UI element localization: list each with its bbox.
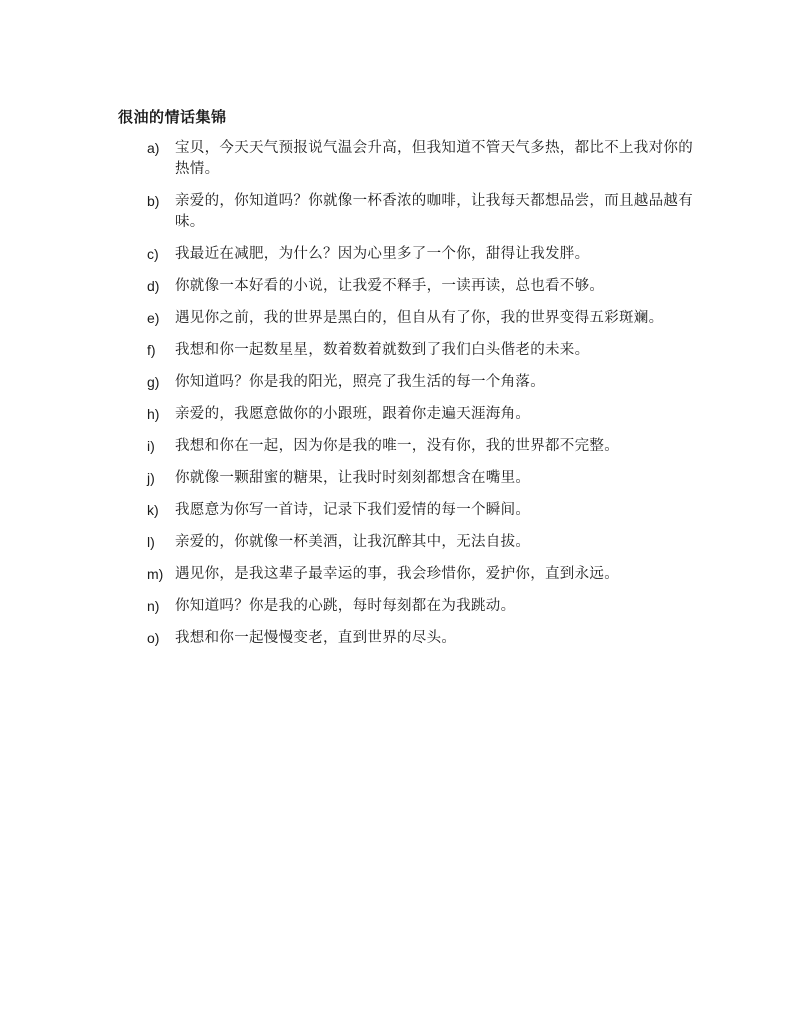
list-item-text: 你知道吗？你是我的心跳，每时每刻都在为我跳动。 — [175, 596, 707, 617]
list-item-text: 我愿意为你写一首诗，记录下我们爱情的每一个瞬间。 — [175, 500, 707, 521]
document-page: 很油的情话集锦 a)宝贝，今天天气预报说气温会升高，但我知道不管天气多热，都比不… — [0, 0, 800, 1035]
list-item-text: 你知道吗？你是我的阳光，照亮了我生活的每一个角落。 — [175, 372, 707, 393]
list-item: k)我愿意为你写一首诗，记录下我们爱情的每一个瞬间。 — [147, 500, 707, 521]
list-marker: c) — [147, 244, 175, 265]
list-marker: e) — [147, 308, 175, 329]
list-item: j)你就像一颗甜蜜的糖果，让我时时刻刻都想含在嘴里。 — [147, 468, 707, 489]
list-marker: k) — [147, 500, 175, 521]
list-item: f)我想和你一起数星星，数着数着就数到了我们白头偕老的未来。 — [147, 340, 707, 361]
list-item: l)亲爱的，你就像一杯美酒，让我沉醉其中，无法自拔。 — [147, 532, 707, 553]
list-item-text: 我想和你一起数星星，数着数着就数到了我们白头偕老的未来。 — [175, 340, 707, 361]
list-marker: o) — [147, 628, 175, 649]
list-item: i)我想和你在一起，因为你是我的唯一，没有你，我的世界都不完整。 — [147, 436, 707, 457]
list-item: g)你知道吗？你是我的阳光，照亮了我生活的每一个角落。 — [147, 372, 707, 393]
list-item-text: 你就像一本好看的小说，让我爱不释手，一读再读，总也看不够。 — [175, 276, 707, 297]
list-item: a)宝贝，今天天气预报说气温会升高，但我知道不管天气多热，都比不上我对你的热情。 — [147, 138, 707, 180]
list-marker: g) — [147, 372, 175, 393]
list-item: n)你知道吗？你是我的心跳，每时每刻都在为我跳动。 — [147, 596, 707, 617]
list-item-text: 我想和你在一起，因为你是我的唯一，没有你，我的世界都不完整。 — [175, 436, 707, 457]
list-item-text: 亲爱的，我愿意做你的小跟班，跟着你走遍天涯海角。 — [175, 404, 707, 425]
list-marker: f) — [147, 340, 175, 361]
list-item: d)你就像一本好看的小说，让我爱不释手，一读再读，总也看不够。 — [147, 276, 707, 297]
list-marker: i) — [147, 436, 175, 457]
list-item: o)我想和你一起慢慢变老，直到世界的尽头。 — [147, 628, 707, 649]
list-marker: h) — [147, 404, 175, 425]
list-item: h)亲爱的，我愿意做你的小跟班，跟着你走遍天涯海角。 — [147, 404, 707, 425]
list-item-text: 遇见你，是我这辈子最幸运的事，我会珍惜你，爱护你，直到永远。 — [175, 564, 707, 585]
list-marker: b) — [147, 191, 175, 233]
list-item-text: 宝贝，今天天气预报说气温会升高，但我知道不管天气多热，都比不上我对你的热情。 — [175, 138, 707, 180]
list-item: e)遇见你之前，我的世界是黑白的，但自从有了你，我的世界变得五彩斑斓。 — [147, 308, 707, 329]
list-marker: l) — [147, 532, 175, 553]
list-item: b)亲爱的，你知道吗？你就像一杯香浓的咖啡，让我每天都想品尝，而且越品越有味。 — [147, 191, 707, 233]
list-marker: a) — [147, 138, 175, 180]
document-title: 很油的情话集锦 — [118, 106, 227, 127]
list-item-text: 亲爱的，你知道吗？你就像一杯香浓的咖啡，让我每天都想品尝，而且越品越有味。 — [175, 191, 707, 233]
list-marker: m) — [147, 564, 175, 585]
list-marker: j) — [147, 468, 175, 489]
list-item-text: 亲爱的，你就像一杯美酒，让我沉醉其中，无法自拔。 — [175, 532, 707, 553]
list-item-text: 我想和你一起慢慢变老，直到世界的尽头。 — [175, 628, 707, 649]
list-item-text: 遇见你之前，我的世界是黑白的，但自从有了你，我的世界变得五彩斑斓。 — [175, 308, 707, 329]
list-item-text: 我最近在减肥，为什么？因为心里多了一个你，甜得让我发胖。 — [175, 244, 707, 265]
list-item: c)我最近在减肥，为什么？因为心里多了一个你，甜得让我发胖。 — [147, 244, 707, 265]
list-marker: d) — [147, 276, 175, 297]
pickup-lines-list: a)宝贝，今天天气预报说气温会升高，但我知道不管天气多热，都比不上我对你的热情。… — [147, 138, 707, 660]
list-marker: n) — [147, 596, 175, 617]
list-item: m)遇见你，是我这辈子最幸运的事，我会珍惜你，爱护你，直到永远。 — [147, 564, 707, 585]
list-item-text: 你就像一颗甜蜜的糖果，让我时时刻刻都想含在嘴里。 — [175, 468, 707, 489]
